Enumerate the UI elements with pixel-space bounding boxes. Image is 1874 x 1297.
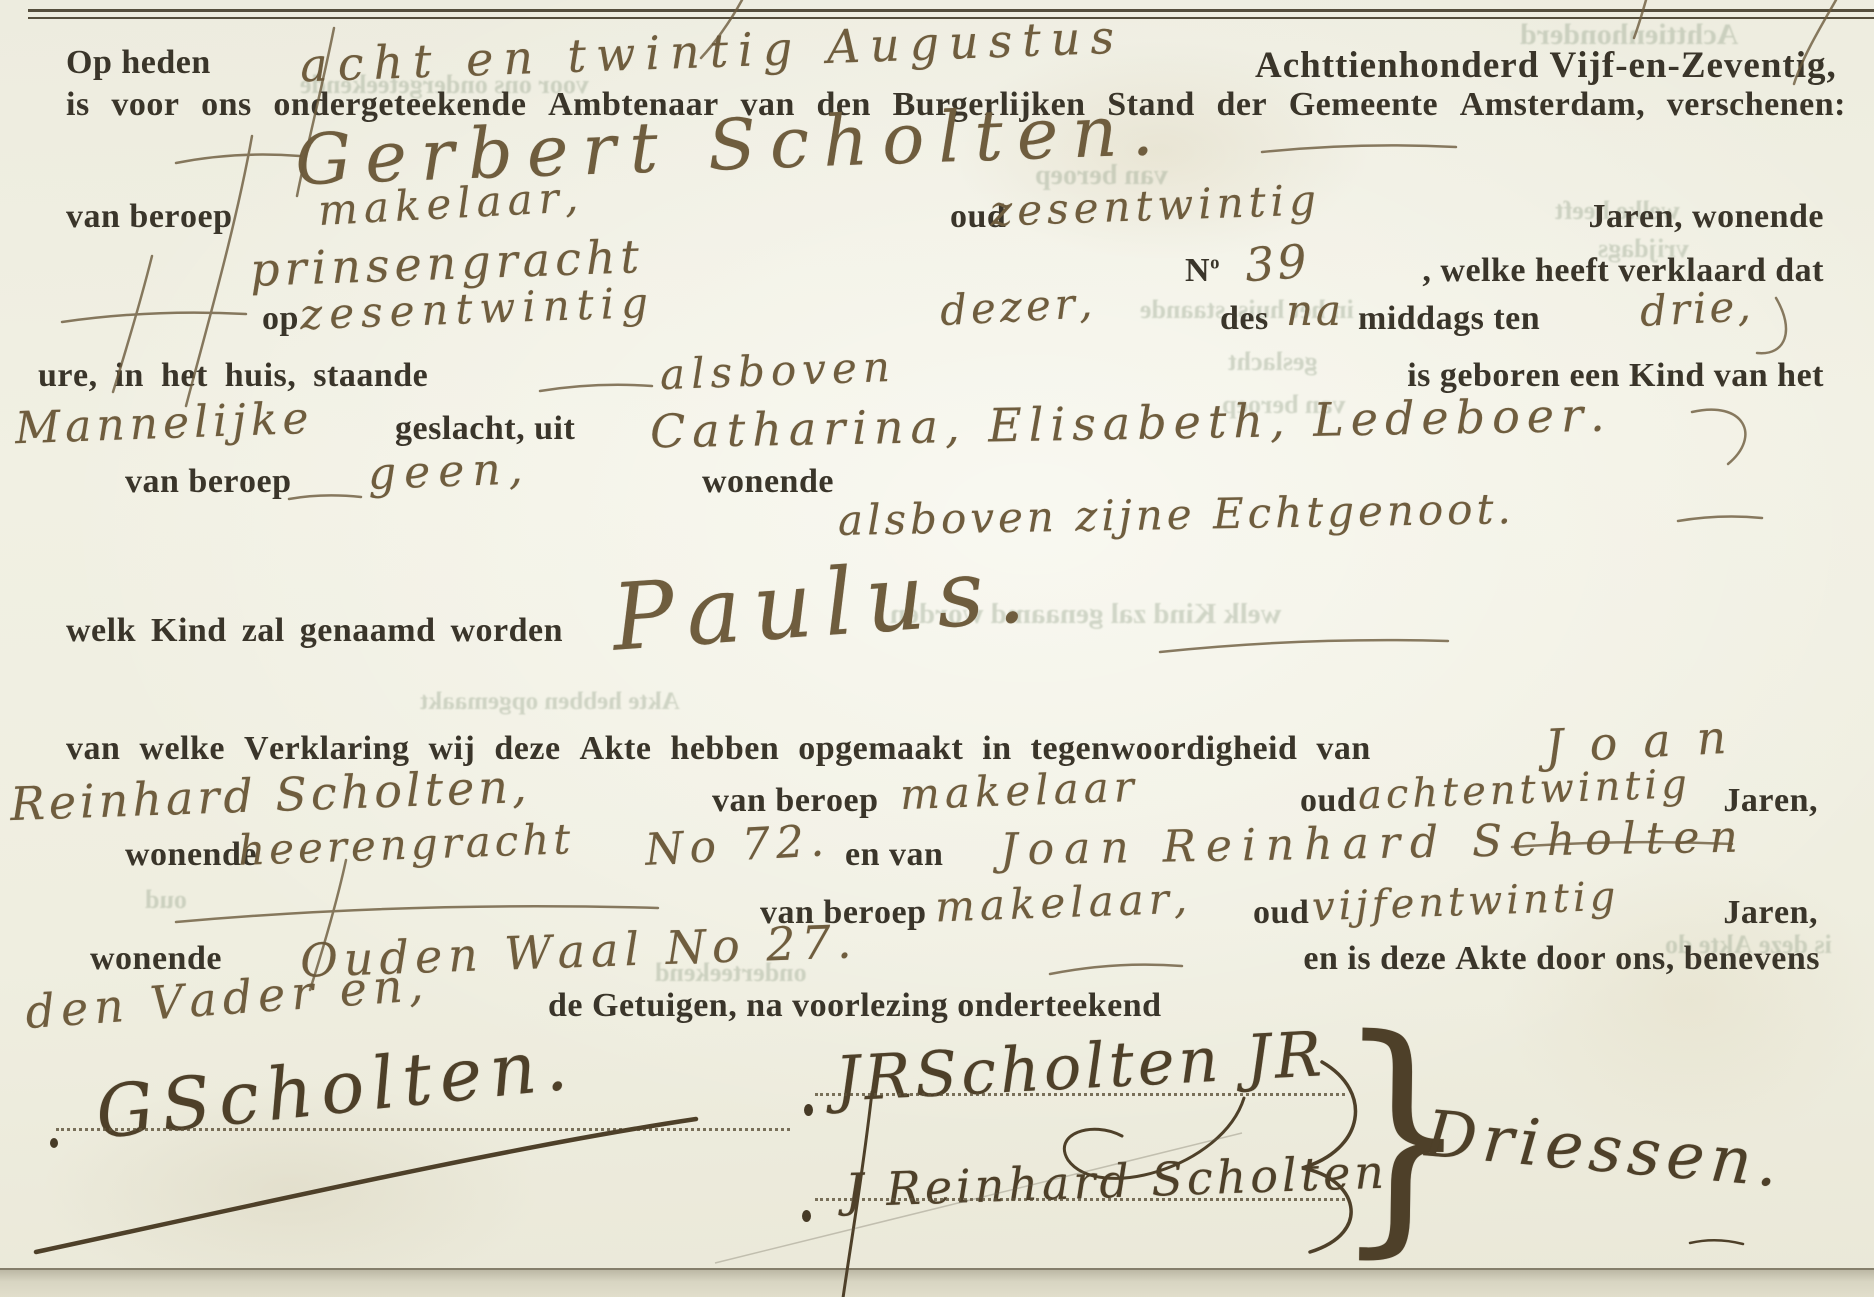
hw-mother-name: Catharina, Elisabeth, Ledeboer. — [650, 392, 1612, 455]
ink-dash — [62, 313, 246, 322]
bleedthrough-text: Akte hebben opgemaakt — [420, 688, 680, 716]
page-bottom-edge — [0, 1268, 1874, 1297]
hw-witness2-name: Joan Reinhard Scholten — [1000, 815, 1748, 872]
printed-jaren-wonende: Jaren, wonende — [1588, 198, 1824, 235]
printed-wonende-mother: wonende — [702, 463, 834, 500]
printed-ure-huis: ure, in het huis, staande — [38, 357, 428, 394]
signature-line-witness1 — [815, 1093, 1345, 1096]
hw-declarant-age: zesentwintig — [989, 179, 1321, 233]
printed-akte-door-ons: en is deze Akte door ons, benevens — [1303, 940, 1820, 977]
ink-dot — [50, 1138, 58, 1148]
printed-jaren-w2: Jaren, — [1723, 894, 1818, 931]
printed-en-van: en van — [845, 836, 943, 873]
printed-van-beroep-w1: van beroep — [712, 782, 879, 819]
printed-geboren-kind: is geboren een Kind van het — [1407, 357, 1824, 394]
printed-op-heden: Op heden — [66, 44, 211, 81]
no-n: N — [1185, 252, 1210, 289]
hw-child-name: Paulus. — [609, 543, 1040, 664]
birth-certificate-scan: Achttienhonderd voor ons ondergeteekende… — [0, 0, 1874, 1297]
printed-kind-genaamd: welk Kind zal genaamd worden — [66, 612, 563, 649]
printed-welke-verklaard: , welke heeft verklaard dat — [1422, 252, 1824, 289]
no-sup: o — [1210, 253, 1220, 274]
printed-oud-w2: oud — [1253, 894, 1309, 931]
ink-dash — [1678, 517, 1762, 521]
printed-geslacht-uit: geslacht, uit — [395, 410, 575, 447]
printed-middags-ten: middags ten — [1358, 300, 1540, 337]
signature-line-father — [56, 1128, 790, 1131]
ink-dash — [1050, 965, 1182, 974]
hw-declarant-house-no: 39 — [1243, 238, 1311, 288]
hw-dezer: dezer, — [939, 282, 1097, 332]
signature-underline-registrar — [1690, 1240, 1743, 1244]
signature-line-witness2 — [815, 1198, 1345, 1201]
ink-dot — [804, 1104, 813, 1116]
printed-no-label: No — [1185, 252, 1220, 289]
ink-dash — [540, 385, 652, 391]
top-rule-upper — [28, 9, 1874, 12]
printed-getuigen-voorlezing: de Getuigen, na voorlezing onderteekend — [548, 987, 1162, 1024]
ink-dash — [1160, 640, 1448, 652]
signature-witness1: JRScholten JR — [834, 1023, 1327, 1111]
hw-witness1-occupation: makelaar — [899, 766, 1139, 816]
printed-des: des — [1220, 300, 1269, 337]
bleedthrough-text: geslacht — [1228, 347, 1318, 377]
signature-registrar: Driessen. — [1423, 1102, 1787, 1197]
hw-birth-hour: drie, — [1639, 285, 1755, 333]
hw-den-vader-en: den Vader en, — [24, 961, 431, 1035]
signature-witness2: J Reinhard Scholten — [844, 1149, 1388, 1214]
ink-dash — [1262, 145, 1456, 152]
printed-op: op — [262, 300, 299, 337]
hw-na: na — [1286, 290, 1344, 332]
hw-birth-place: alsboven — [659, 346, 896, 396]
ink-dash — [176, 906, 658, 922]
printed-oud-w1: oud — [1300, 782, 1356, 819]
ink-dash — [176, 155, 300, 163]
hw-witness2-age: vijfentwintig — [1311, 877, 1620, 928]
hw-witness1-street: heerengracht — [237, 818, 574, 872]
hw-registration-date: acht en twintig Augustus — [299, 14, 1124, 89]
ink-dash — [289, 495, 361, 499]
hw-witness1-firstname: Joan — [1544, 713, 1753, 770]
hw-witness1-age: achtentwintig — [1357, 764, 1691, 816]
ink-flourish — [1757, 298, 1786, 353]
hw-declarant-occupation: makelaar, — [317, 176, 585, 232]
hw-mother-occupation: geen, — [367, 447, 531, 497]
hw-witness1-house-no: No 72. — [644, 819, 831, 873]
hw-birth-day: zesentwintig — [299, 282, 655, 336]
hw-gender: Mannelijke — [14, 397, 314, 451]
hw-mother-residence: alsboven zijne Echtgenoot. — [838, 488, 1515, 542]
ink-dot — [802, 1210, 811, 1222]
bleedthrough-text: oud — [145, 885, 187, 915]
hw-witness2-occupation: makelaar, — [934, 878, 1192, 929]
printed-year: Achttienhonderd Vijf-en-Zeventig, — [1255, 46, 1837, 87]
printed-van-beroep: van beroep — [66, 198, 233, 235]
printed-van-beroep-mother: van beroep — [125, 463, 292, 500]
ink-flourish — [1692, 410, 1745, 464]
printed-verklaring-line: van welke Verklaring wij deze Akte hebbe… — [66, 730, 1371, 767]
